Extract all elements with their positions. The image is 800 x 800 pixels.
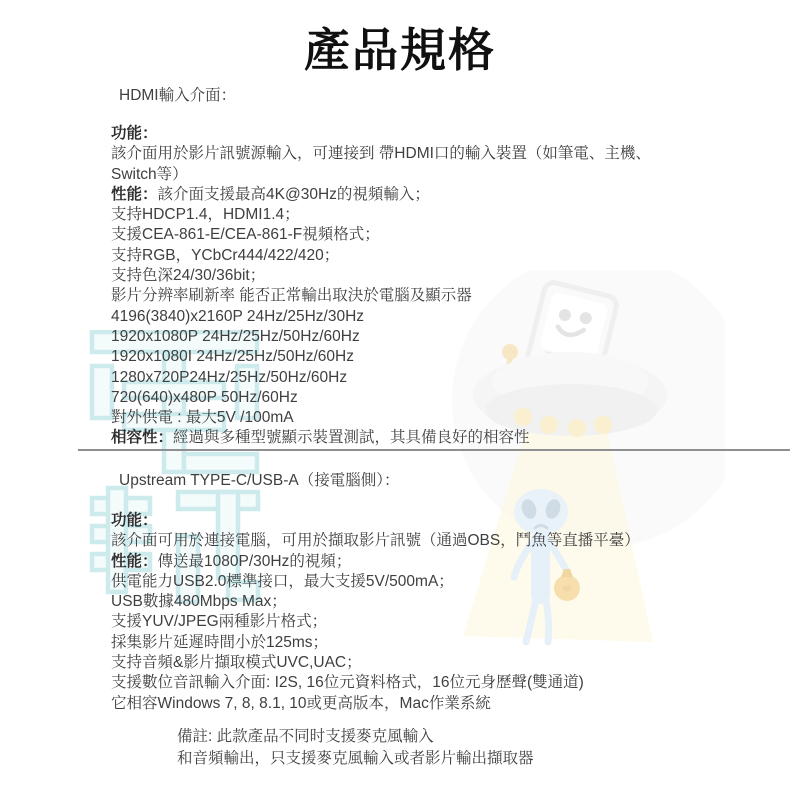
spec-line: 性能：該介面支援最高4K@30Hz的視頻輸入； xyxy=(111,185,651,205)
spec-line: 支援YUV/JPEG兩種影片格式； xyxy=(111,612,640,632)
spec-line: 1280x720P24Hz/25Hz/50Hz/60Hz xyxy=(111,368,651,388)
note-block: 備註: 此款產品不同时支援麥克風輸入和音頻輸出，只支援麥克風輸入或者影片輸出擷取… xyxy=(177,726,534,770)
spec-text: 支持音頻&影片擷取模式UVC,UAC； xyxy=(111,654,362,671)
spec-text: 1920x1080I 24Hz/25Hz/50Hz/60Hz xyxy=(111,348,354,365)
spec-line: 1920x1080P 24Hz/25Hz/50Hz/60Hz xyxy=(111,327,651,347)
spec-line: 4196(3840)x2160P 24Hz/25Hz/30Hz xyxy=(111,307,651,327)
spec-line: 功能： xyxy=(111,124,651,144)
spec-label: 性能： xyxy=(111,186,158,203)
spec-line: 性能：傳送最1080P/30Hz的視頻； xyxy=(111,552,640,572)
spec-line: 影片分辨率刷新率 能否正常輸出取決於電腦及顯示器 xyxy=(111,286,651,306)
spec-text: 經過與多種型號顯示裝置測試，其具備良好的相容性 xyxy=(173,429,530,446)
spec-text: 它相容Windows 7, 8, 8.1, 10或更高版本，Mac作業系統 xyxy=(111,695,491,712)
spec-label: 性能： xyxy=(111,553,158,570)
spec-line: 1920x1080I 24Hz/25Hz/50Hz/60Hz xyxy=(111,347,651,367)
spec-line: 支援CEA-861-E/CEA-861-F視頻格式； xyxy=(111,225,651,245)
spec-line: 供電能力USB2.0標準接口，最大支援5V/500mA； xyxy=(111,572,640,592)
spec-line: USB數據480Mbps Max； xyxy=(111,592,640,612)
spec-text: 支持HDCP1.4，HDMI1.4； xyxy=(111,206,300,223)
spec-label: 功能： xyxy=(111,125,158,142)
spec-text: 支援YUV/JPEG兩種影片格式； xyxy=(111,613,327,630)
spec-text: 傳送最1080P/30Hz的視頻； xyxy=(158,553,352,570)
spec-line: 支持RGB，YCbCr444/422/420； xyxy=(111,246,651,266)
spec-text: 該介面用於影片訊號源輸入，可連接到 帶HDMI口的輸入裝置（如筆電、主機、 xyxy=(111,145,651,162)
spec-line: 相容性：經過與多種型號顯示裝置測試，其具備良好的相容性 xyxy=(111,428,651,448)
spec-text: 支持色深24/30/36bit； xyxy=(111,267,265,284)
spec-text: 採集影片延遲時間小於125ms； xyxy=(111,634,328,651)
spec-text: 該介面支援最高4K@30Hz的視頻輸入； xyxy=(158,186,430,203)
spec-text: Switch等） xyxy=(111,166,188,183)
spec-text: 該介面可用於連接電腦，可用於擷取影片訊號（通過OBS，鬥魚等直播平臺） xyxy=(111,532,640,549)
spec-line: 它相容Windows 7, 8, 8.1, 10或更高版本，Mac作業系統 xyxy=(111,694,640,714)
spec-line: 採集影片延遲時間小於125ms； xyxy=(111,633,640,653)
spec-line: 對外供電 : 最大5V /100mA xyxy=(111,408,651,428)
spec-line: 支持HDCP1.4，HDMI1.4； xyxy=(111,205,651,225)
spec-line: 支持音頻&影片擷取模式UVC,UAC； xyxy=(111,653,640,673)
spec-text: 對外供電 : 最大5V /100mA xyxy=(111,409,294,426)
spec-line: 該介面用於影片訊號源輸入，可連接到 帶HDMI口的輸入裝置（如筆電、主機、 xyxy=(111,144,651,164)
spec-lines-usb: 功能：該介面可用於連接電腦，可用於擷取影片訊號（通過OBS，鬥魚等直播平臺）性能… xyxy=(111,511,640,714)
spec-label: 相容性： xyxy=(111,429,173,446)
spec-text: 720(640)x480P 50Hz/60Hz xyxy=(111,389,298,406)
section-heading-usb: Upstream TYPE-C/USB-A（接電腦側）： xyxy=(119,471,399,491)
spec-text: 影片分辨率刷新率 能否正常輸出取決於電腦及顯示器 xyxy=(111,287,472,304)
spec-document: 產品規格 HDMI輸入介面： 功能：該介面用於影片訊號源輸入，可連接到 帶HDM… xyxy=(0,0,800,800)
section-heading-hdmi: HDMI輸入介面： xyxy=(119,86,236,106)
spec-text: 1920x1080P 24Hz/25Hz/50Hz/60Hz xyxy=(111,328,360,345)
spec-text: 支持RGB，YCbCr444/422/420； xyxy=(111,247,339,264)
spec-label: 功能： xyxy=(111,512,158,529)
spec-line: 支持色深24/30/36bit； xyxy=(111,266,651,286)
spec-text: 支援CEA-861-E/CEA-861-F視頻格式； xyxy=(111,226,380,243)
spec-text: 支援數位音訊輸入介面: I2S, 16位元資料格式，16位元身歷聲(雙通道) xyxy=(111,674,584,691)
spec-line: 功能： xyxy=(111,511,640,531)
spec-line: 該介面可用於連接電腦，可用於擷取影片訊號（通過OBS，鬥魚等直播平臺） xyxy=(111,531,640,551)
spec-text: 4196(3840)x2160P 24Hz/25Hz/30Hz xyxy=(111,308,364,325)
page-title: 產品規格 xyxy=(0,14,800,80)
spec-line: 720(640)x480P 50Hz/60Hz xyxy=(111,388,651,408)
spec-text: 1280x720P24Hz/25Hz/50Hz/60Hz xyxy=(111,369,347,386)
note-line: 備註: 此款產品不同时支援麥克風輸入 xyxy=(177,726,534,748)
spec-lines-hdmi: 功能：該介面用於影片訊號源輸入，可連接到 帶HDMI口的輸入裝置（如筆電、主機、… xyxy=(111,124,651,449)
spec-text: USB數據480Mbps Max； xyxy=(111,593,287,610)
spec-line: Switch等） xyxy=(111,165,651,185)
note-line: 和音頻輸出，只支援麥克風輸入或者影片輸出擷取器 xyxy=(177,748,534,770)
spec-line: 支援數位音訊輸入介面: I2S, 16位元資料格式，16位元身歷聲(雙通道) xyxy=(111,673,640,693)
spec-text: 供電能力USB2.0標準接口，最大支援5V/500mA； xyxy=(111,573,454,590)
section-divider xyxy=(78,449,790,451)
